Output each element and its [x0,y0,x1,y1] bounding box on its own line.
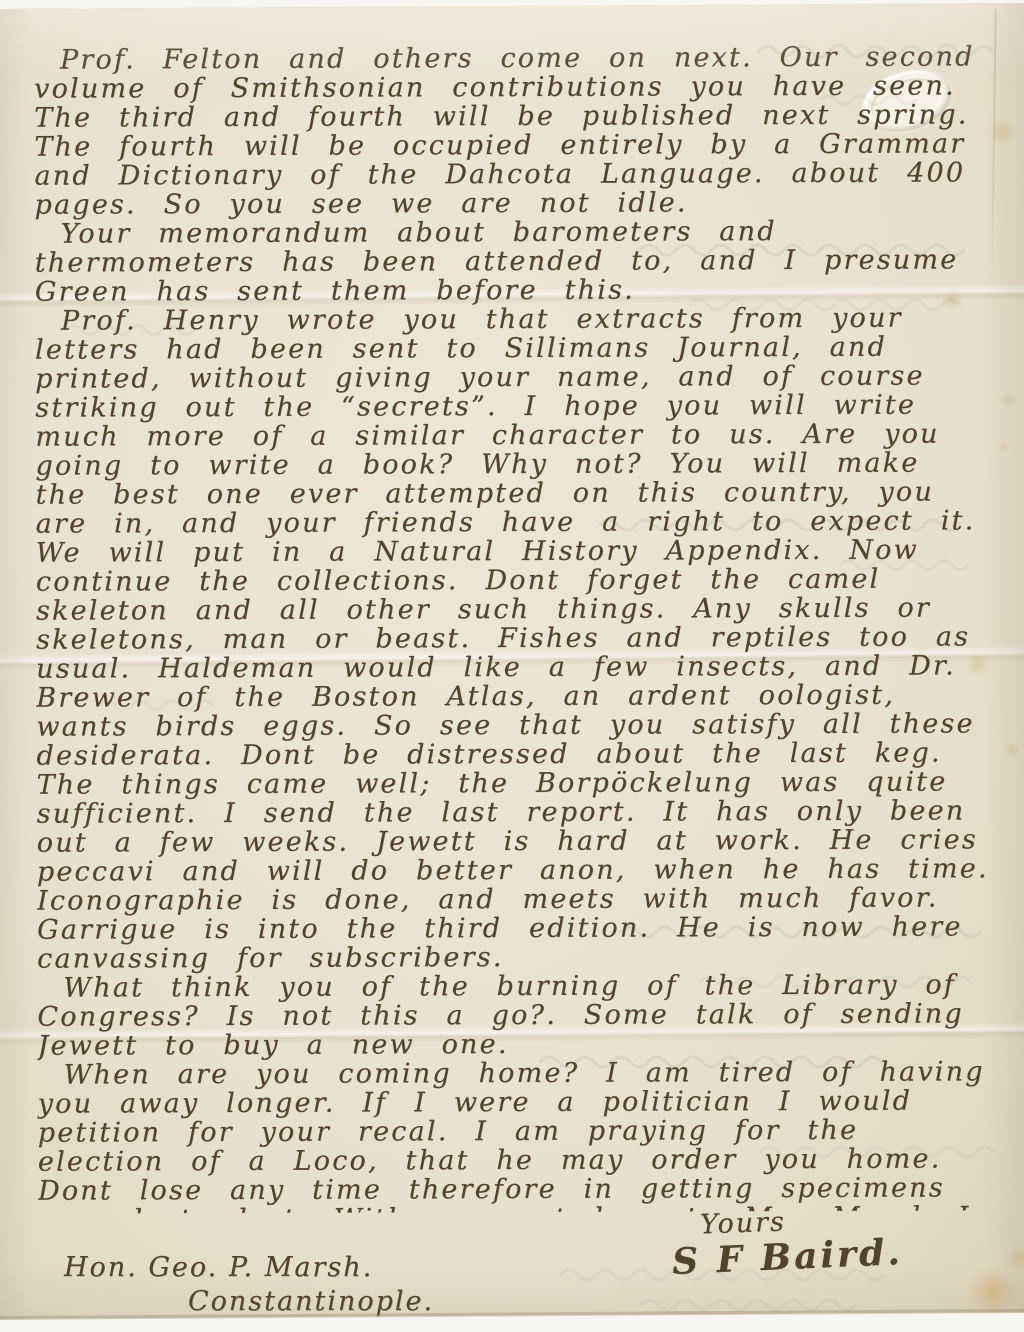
scanned-letter: Prof. Felton and others come on next. Ou… [0,0,1024,1332]
letter-paragraph: When are you coming home? I am tired of … [38,1057,991,1213]
letter-paragraph: What think you of the burning of the Lib… [37,970,989,1060]
letter-paragraph: Prof. Henry wrote you that extracts from… [35,303,989,973]
letter-body: Prof. Felton and others come on next. Ou… [34,42,990,1213]
letter-page: Prof. Felton and others come on next. Ou… [0,0,1024,1332]
valediction: Yours [699,1207,786,1241]
letter-paragraph: Prof. Felton and others come on next. Ou… [34,42,987,219]
addressee-line: Hon. Geo. P. Marsh. [64,1252,373,1283]
letter-paragraph: Your memorandum about barometers and the… [35,216,987,306]
